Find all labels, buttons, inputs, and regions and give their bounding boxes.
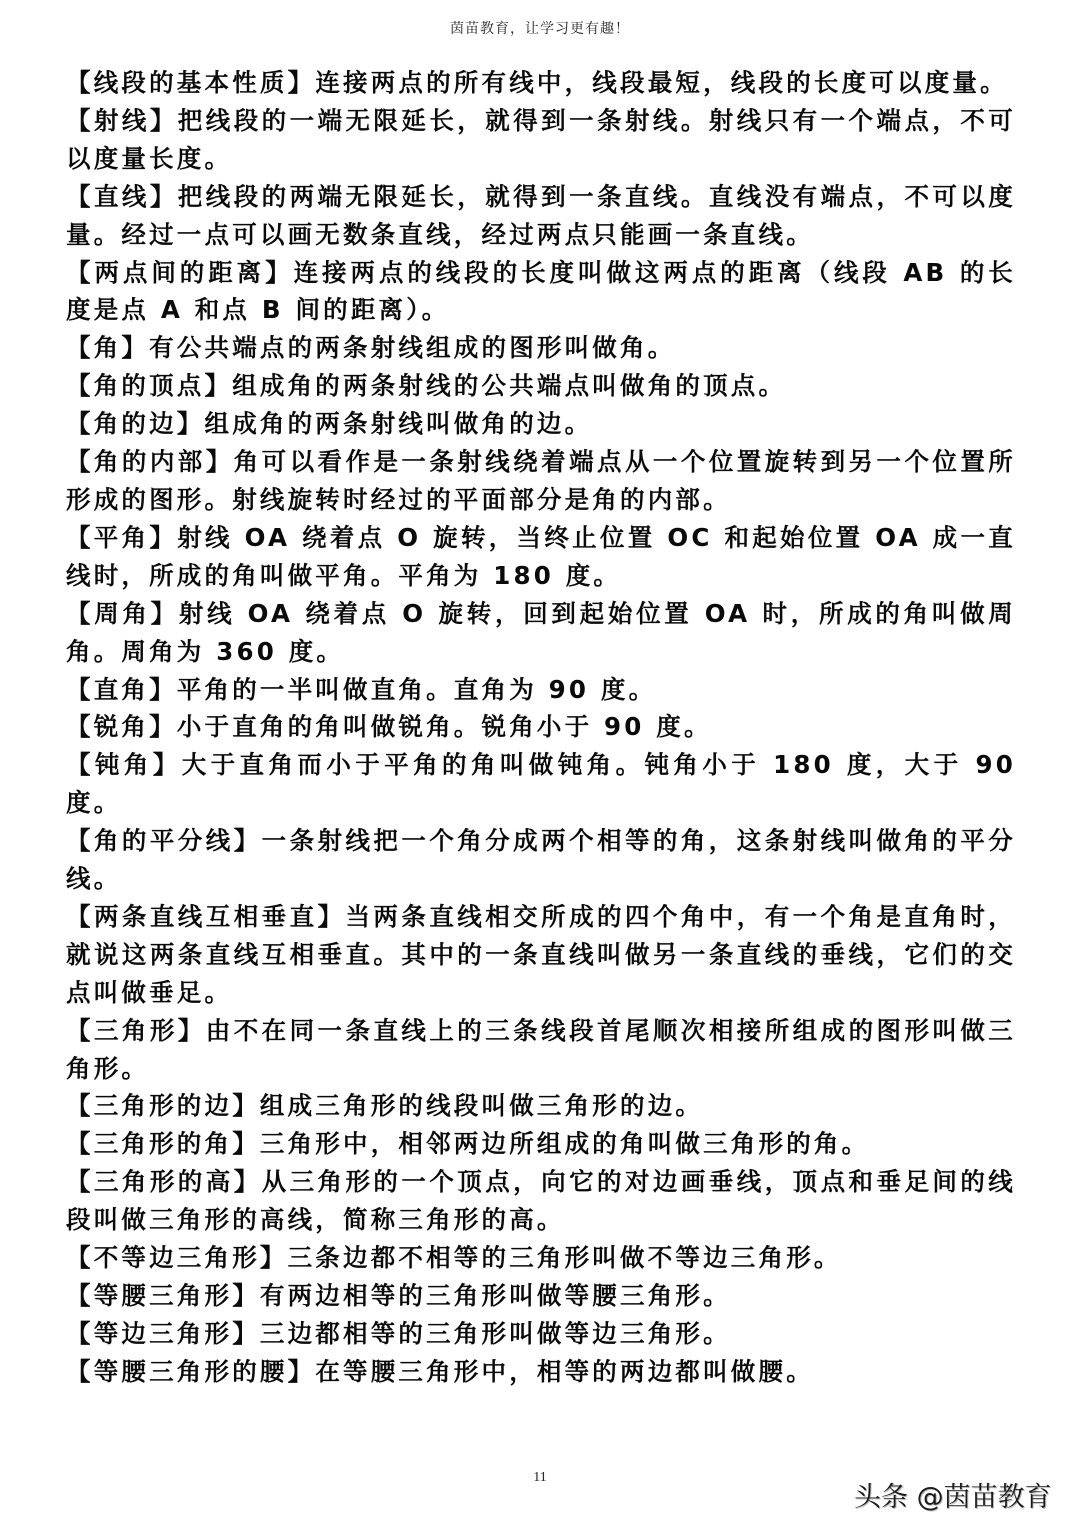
entry-triangle-side: 【三角形的边】组成三角形的线段叫做三角形的边。 — [66, 1087, 1016, 1125]
entry-term: 【钝角】 — [66, 750, 182, 779]
entry-term: 【等腰三角形】 — [66, 1281, 260, 1310]
entry-term: 【两条直线互相垂直】 — [66, 902, 345, 931]
entry-angle: 【角】有公共端点的两条射线组成的图形叫做角。 — [66, 329, 1016, 367]
entry-triangle: 【三角形】由不在同一条直线上的三条线段首尾顺次相接所组成的图形叫做三角形。 — [66, 1012, 1016, 1088]
entry-angle-side: 【角的边】组成角的两条射线叫做角的边。 — [66, 405, 1016, 443]
entry-term: 【锐角】 — [66, 712, 177, 741]
entry-perpendicular-lines: 【两条直线互相垂直】当两条直线相交所成的四个角中，有一个角是直角时，就说这两条直… — [66, 898, 1016, 1012]
entry-definition: 小于直角的角叫做锐角。锐角小于 90 度。 — [177, 712, 712, 741]
entry-term: 【三角形】 — [66, 1016, 206, 1045]
entry-term: 【三角形的角】 — [66, 1129, 260, 1158]
entry-scalene-triangle: 【不等边三角形】三条边都不相等的三角形叫做不等边三角形。 — [66, 1239, 1016, 1277]
entry-definition: 在等腰三角形中，相等的两边都叫做腰。 — [315, 1357, 814, 1386]
entry-definition: 有两边相等的三角形叫做等腰三角形。 — [260, 1281, 731, 1310]
entry-straight-angle: 【平角】射线 OA 绕着点 O 旋转，当终止位置 OC 和起始位置 OA 成一直… — [66, 519, 1016, 595]
entry-term: 【角】 — [66, 333, 149, 362]
entry-definition: 把线段的一端无限延长，就得到一条射线。射线只有一个端点，不可以度量长度。 — [66, 106, 1016, 173]
entry-definition: 三角形中，相邻两边所组成的角叫做三角形的角。 — [260, 1129, 869, 1158]
entry-term: 【射线】 — [66, 106, 178, 135]
entry-isosceles-triangle: 【等腰三角形】有两边相等的三角形叫做等腰三角形。 — [66, 1277, 1016, 1315]
entry-isosceles-leg: 【等腰三角形的腰】在等腰三角形中，相等的两边都叫做腰。 — [66, 1353, 1016, 1391]
entry-definition: 射线 OA 绕着点 O 旋转，回到起始位置 OA 时，所成的角叫做周角。周角为 … — [66, 599, 1016, 666]
entry-term: 【不等边三角形】 — [66, 1243, 288, 1272]
entry-term: 【两点间的距离】 — [66, 258, 294, 287]
entry-term: 【三角形的边】 — [66, 1091, 260, 1120]
entry-line: 【直线】把线段的两端无限延长，就得到一条直线。直线没有端点，不可以度量。经过一点… — [66, 178, 1016, 254]
entry-line-segment-property: 【线段的基本性质】连接两点的所有线中，线段最短，线段的长度可以度量。 — [66, 64, 1016, 102]
entry-term: 【等边三角形】 — [66, 1319, 260, 1348]
entry-definition: 三边都相等的三角形叫做等边三角形。 — [260, 1319, 731, 1348]
watermark: 头条 @茵苗教育 — [854, 1475, 1052, 1514]
entry-obtuse-angle: 【钝角】大于直角而小于平角的角叫做钝角。钝角小于 180 度，大于 90 度。 — [66, 746, 1016, 822]
entry-angle-bisector: 【角的平分线】一条射线把一个角分成两个相等的角，这条射线叫做角的平分线。 — [66, 822, 1016, 898]
entry-term: 【直线】 — [66, 182, 178, 211]
entry-definition: 由不在同一条直线上的三条线段首尾顺次相接所组成的图形叫做三角形。 — [66, 1016, 1016, 1083]
entry-distance: 【两点间的距离】连接两点的线段的长度叫做这两点的距离（线段 AB 的长度是点 A… — [66, 254, 1016, 330]
entry-definition: 把线段的两端无限延长，就得到一条直线。直线没有端点，不可以度量。经过一点可以画无… — [66, 182, 1016, 249]
entry-definition: 平角的一半叫做直角。直角为 90 度。 — [177, 675, 656, 704]
entry-equilateral-triangle: 【等边三角形】三边都相等的三角形叫做等边三角形。 — [66, 1315, 1016, 1353]
entry-definition: 射线 OA 绕着点 O 旋转，当终止位置 OC 和起始位置 OA 成一直线时，所… — [66, 523, 1016, 590]
entry-term: 【等腰三角形的腰】 — [66, 1357, 315, 1386]
entry-angle-vertex: 【角的顶点】组成角的两条射线的公共端点叫做角的顶点。 — [66, 367, 1016, 405]
entry-full-angle: 【周角】射线 OA 绕着点 O 旋转，回到起始位置 OA 时，所成的角叫做周角。… — [66, 595, 1016, 671]
entry-term: 【角的顶点】 — [66, 371, 232, 400]
entry-term: 【平角】 — [66, 523, 177, 552]
entry-term: 【三角形的高】 — [66, 1167, 262, 1196]
entry-acute-angle: 【锐角】小于直角的角叫做锐角。锐角小于 90 度。 — [66, 708, 1016, 746]
entry-term: 【角的内部】 — [66, 447, 234, 476]
entry-definition: 组成角的两条射线叫做角的边。 — [205, 409, 593, 438]
entry-term: 【周角】 — [66, 599, 179, 628]
entry-term: 【角的边】 — [66, 409, 205, 438]
page-header: 茵苗教育，让学习更有趣！ — [0, 18, 1080, 38]
entry-definition: 有公共端点的两条射线组成的图形叫做角。 — [149, 333, 675, 362]
entry-ray: 【射线】把线段的一端无限延长，就得到一条射线。射线只有一个端点，不可以度量长度。 — [66, 102, 1016, 178]
entry-definition: 组成三角形的线段叫做三角形的边。 — [260, 1091, 703, 1120]
entry-triangle-height: 【三角形的高】从三角形的一个顶点，向它的对边画垂线，顶点和垂足间的线段叫做三角形… — [66, 1163, 1016, 1239]
entry-definition: 连接两点的所有线中，线段最短，线段的长度可以度量。 — [315, 68, 1008, 97]
entry-term: 【线段的基本性质】 — [66, 68, 315, 97]
entry-definition: 三条边都不相等的三角形叫做不等边三角形。 — [288, 1243, 842, 1272]
entry-definition: 大于直角而小于平角的角叫做钝角。钝角小于 180 度，大于 90 度。 — [66, 750, 1016, 817]
entry-triangle-angle: 【三角形的角】三角形中，相邻两边所组成的角叫做三角形的角。 — [66, 1125, 1016, 1163]
entry-term: 【直角】 — [66, 675, 177, 704]
entry-right-angle: 【直角】平角的一半叫做直角。直角为 90 度。 — [66, 671, 1016, 709]
definitions-list: 【线段的基本性质】连接两点的所有线中，线段最短，线段的长度可以度量。 【射线】把… — [66, 64, 1016, 1391]
entry-angle-interior: 【角的内部】角可以看作是一条射线绕着端点从一个位置旋转到另一个位置所形成的图形。… — [66, 443, 1016, 519]
entry-definition: 组成角的两条射线的公共端点叫做角的顶点。 — [232, 371, 786, 400]
entry-term: 【角的平分线】 — [66, 826, 262, 855]
